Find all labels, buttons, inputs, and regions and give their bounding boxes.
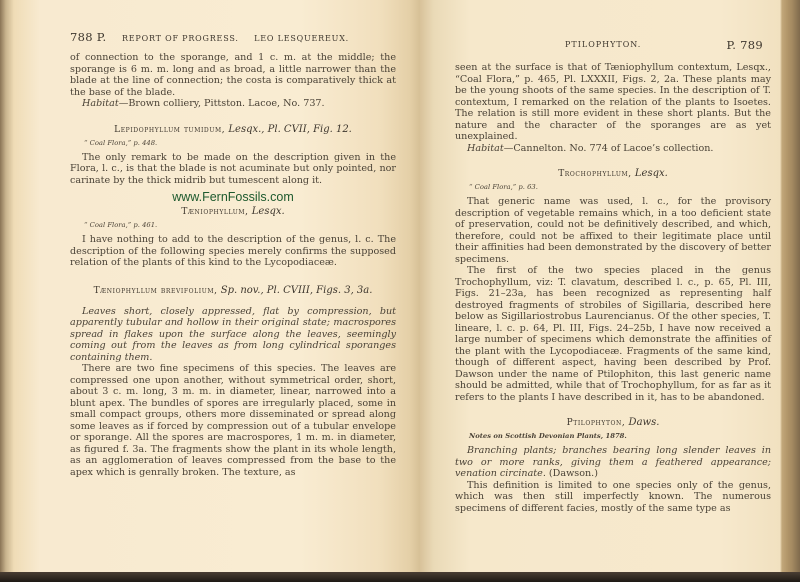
left-paragraph-diagnosis: Leaves short, closely appressed, flat by… [70,306,396,364]
habitat-label: Habitat [82,98,119,109]
heading-trochophyllum: Trochophyllum, Lesqx. [455,168,771,179]
right-page: PTILOPHYTON. P. 789 seen at the surface … [420,0,800,572]
left-page: 788 P. REPORT OF PROGRESS. LEO LESQUEREU… [0,0,420,572]
reference-coal-flora-461: “ Coal Flora,” p. 461. [84,221,396,229]
book-spread: 788 P. REPORT OF PROGRESS. LEO LESQUEREU… [0,0,800,572]
diagnosis-text: Branching plants; branches bearing long … [455,445,771,479]
right-paragraph-diagnosis: Branching plants; branches bearing long … [455,445,771,480]
reference-coal-flora-63: “ Coal Flora,” p. 63. [469,183,771,191]
heading-ptilophyton: Ptilophyton, Daws. [455,417,771,428]
heading-rest: Daws. [625,417,659,428]
left-habitat: Habitat—Brown colliery, Pittston. Lacoe,… [70,98,396,110]
habitat-text: —Brown colliery, Pittston. Lacoe, No. 73… [119,98,325,109]
habitat-text: —Cannelton. No. 774 of Lacoe’s collectio… [504,143,714,154]
left-running-head: 788 P. REPORT OF PROGRESS. LEO LESQUEREU… [70,30,396,52]
left-paragraph-3: I have nothing to add to the description… [70,234,396,269]
reference-coal-flora-448: “ Coal Flora,” p. 448. [84,139,396,147]
heading-name: Trochophyllum, [558,169,632,179]
right-paragraph-2: That generic name was used, l. c., for t… [455,196,771,265]
left-running-title: REPORT OF PROGRESS. [122,34,239,43]
heading-taeniophyllum: Tæniophyllum, Lesqx. [70,206,396,217]
diagnosis-attribution: (Dawson.) [546,468,598,479]
heading-name: Lepidophyllum tumidum, [114,125,225,135]
left-page-number: 788 P. [70,30,106,44]
left-paragraph-1: of connection to the sporange, and 1 c. … [70,52,396,98]
heading-rest: Sp. nov., Pl. CVIII, Figs. 3, 3a. [218,285,373,296]
heading-name: Tæniophyllum brevifolium, [94,286,218,296]
watermark-link: www.FernFossils.com [70,190,396,204]
right-paragraph-5: This definition is limited to one specie… [455,480,771,515]
right-running-head: PTILOPHYTON. P. 789 [455,40,771,62]
right-paragraph-3: The first of the two species placed in t… [455,265,771,403]
left-running-author: LEO LESQUEREUX. [254,34,349,43]
right-running-title: PTILOPHYTON. [565,40,641,49]
heading-rest: Lesqx., Pl. CVII, Fig. 12. [225,124,352,135]
right-habitat: Habitat—Cannelton. No. 774 of Lacoe’s co… [455,143,771,155]
reference-dawson-1878: Notes on Scottish Devonian Plants, 1878. [469,432,771,440]
heading-lepidophyllum-tumidum: Lepidophyllum tumidum, Lesqx., Pl. CVII,… [70,124,396,135]
right-page-number: P. 789 [727,38,763,52]
left-paragraph-2: The only remark to be made on the descri… [70,152,396,187]
heading-taeniophyllum-brevifolium: Tæniophyllum brevifolium, Sp. nov., Pl. … [70,285,396,296]
heading-rest: Lesqx. [249,206,285,217]
habitat-label: Habitat [467,143,504,154]
heading-name: Ptilophyton, [567,418,626,428]
heading-name: Tæniophyllum, [181,207,248,217]
right-page-column: PTILOPHYTON. P. 789 seen at the surface … [455,40,771,514]
left-page-column: 788 P. REPORT OF PROGRESS. LEO LESQUEREU… [70,30,396,478]
left-paragraph-5: There are two fine specimens of this spe… [70,363,396,478]
heading-rest: Lesqx. [632,168,668,179]
book-bottom-edge [0,572,800,582]
right-paragraph-1: seen at the surface is that of Tæniophyl… [455,62,771,143]
